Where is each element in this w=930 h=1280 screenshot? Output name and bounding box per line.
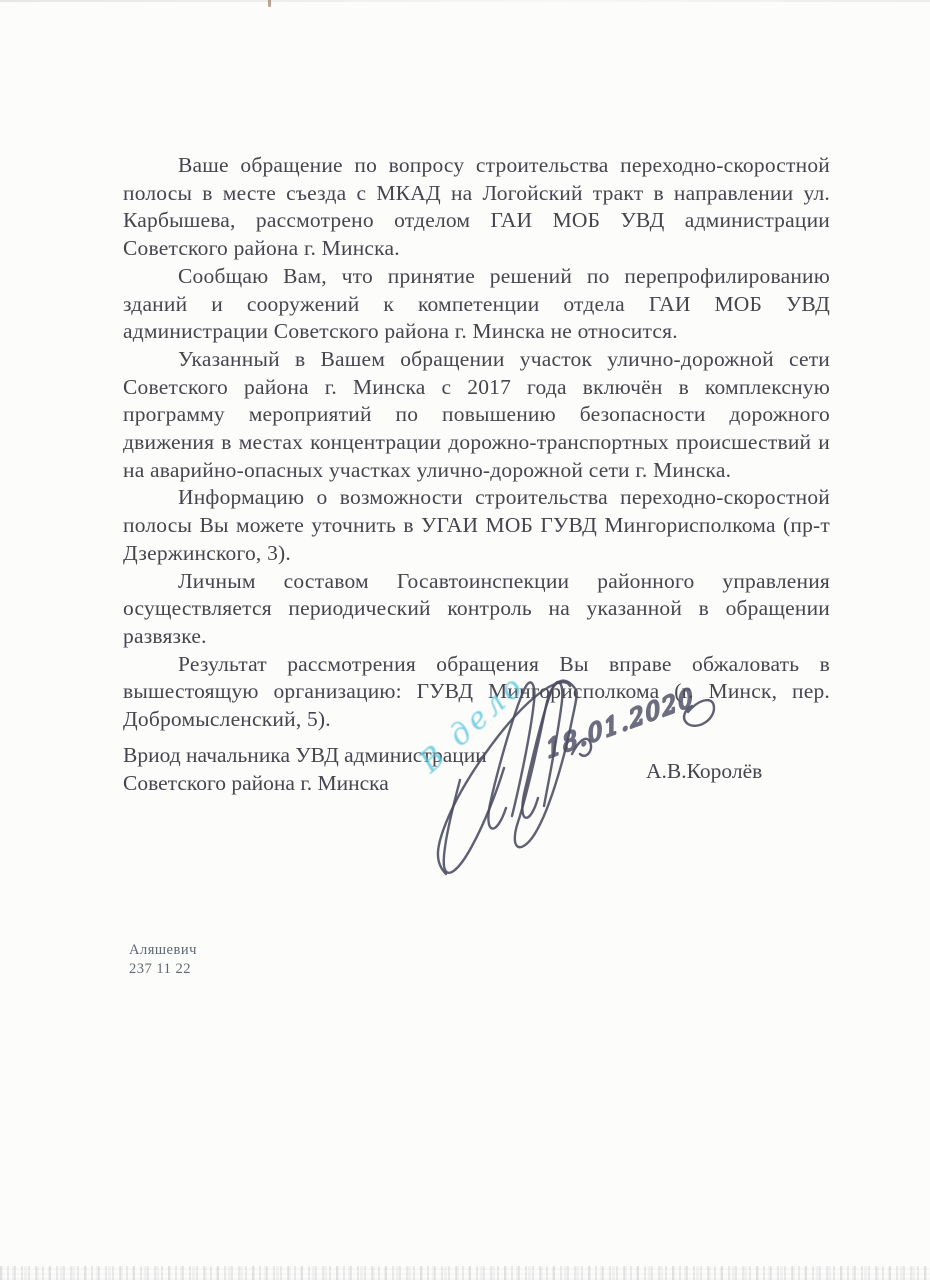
scan-artifact-top	[0, 0, 930, 2]
scan-noise-bottom	[0, 1266, 930, 1280]
letter-paragraph-3: Указанный в Вашем обращении участок улич…	[123, 346, 830, 485]
letter-paragraph-4: Информацию о возможности строительства п…	[123, 484, 830, 567]
handwritten-date: 18.01.2020	[544, 682, 697, 764]
letter-paragraph-2: Сообщаю Вам, что принятие решений по пер…	[123, 263, 830, 346]
letter-footer: Аляшевич 237 11 22	[129, 941, 197, 979]
letter-paragraph-5: Личным составом Госавтоинспекции районно…	[123, 568, 830, 651]
executor-phone: 237 11 22	[129, 960, 197, 979]
letter-body: Ваше обращение по вопросу строительства …	[123, 152, 830, 734]
signature-ink: 18.01.2020	[400, 650, 740, 885]
letter-paragraph-1: Ваше обращение по вопросу строительства …	[123, 152, 830, 263]
executor-name: Аляшевич	[129, 941, 197, 960]
scan-speck	[268, 0, 271, 7]
document-page: Ваше обращение по вопросу строительства …	[0, 0, 930, 1280]
